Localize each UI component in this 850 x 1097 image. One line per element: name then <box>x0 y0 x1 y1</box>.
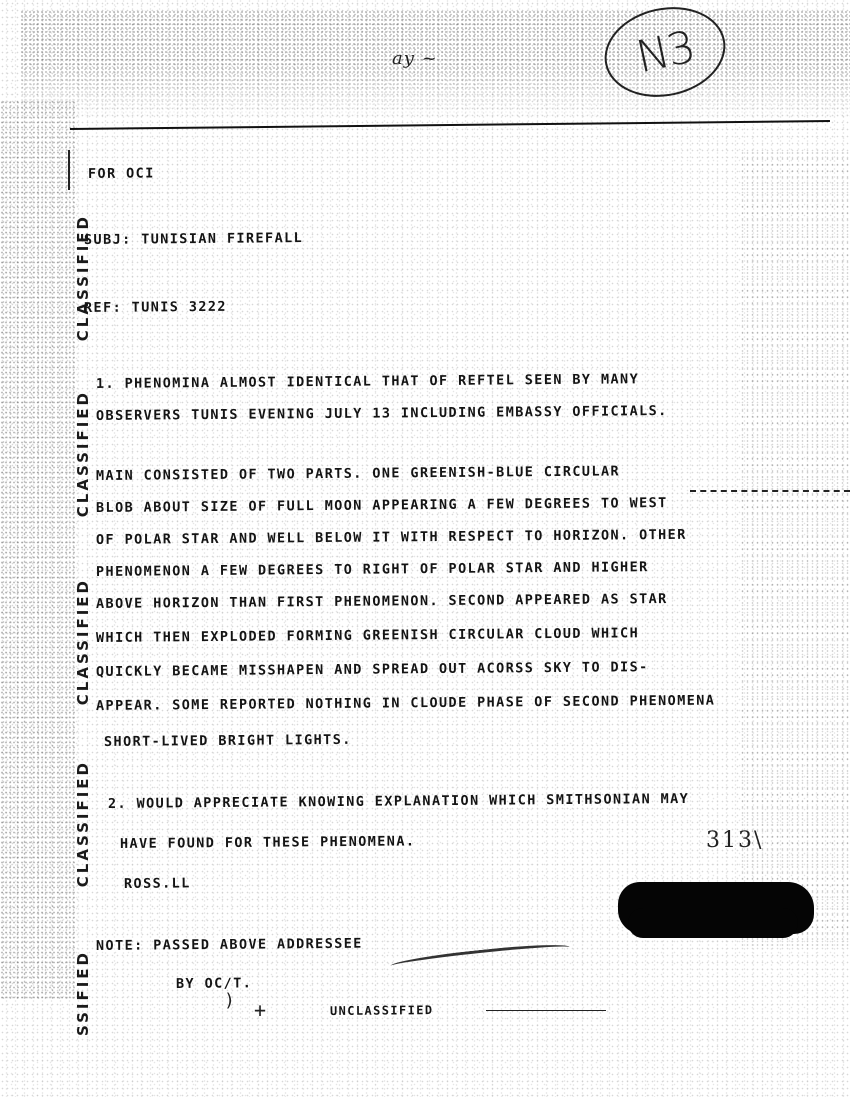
footer-rule <box>486 1010 606 1011</box>
signature: ROSS.LL <box>124 875 191 892</box>
handwritten-number: 313\ <box>706 828 763 853</box>
para2-line: HAVE FOUND FOR THESE PHENOMENA. <box>120 833 415 852</box>
margin-stamp-ssified: SSIFIED <box>74 950 92 1036</box>
para1-line: PHENOMENON A FEW DEGREES TO RIGHT OF POL… <box>96 559 649 580</box>
para2-line: 2. WOULD APPRECIATE KNOWING EXPLANATION … <box>108 791 689 812</box>
para1-line: MAIN CONSISTED OF TWO PARTS. ONE GREENIS… <box>96 463 620 484</box>
dashed-mark <box>690 490 850 492</box>
case-number: N3 <box>632 21 698 83</box>
subject-line: SUBJ: TUNISIAN FIREFALL <box>84 230 303 248</box>
redaction-block <box>618 882 814 934</box>
para1-line: QUICKLY BECAME MISSHAPEN AND SPREAD OUT … <box>96 659 649 680</box>
footer-classification: UNCLASSIFIED <box>330 1003 434 1018</box>
para1-line: 1. PHENOMINA ALMOST IDENTICAL THAT OF RE… <box>96 371 639 392</box>
plus-mark: + <box>254 998 266 1022</box>
margin-stamp-classified: CLASSIFIED <box>74 390 92 517</box>
scan-noise-left <box>0 100 75 1000</box>
ink-smudge <box>390 941 570 973</box>
para1-line: APPEAR. SOME REPORTED NOTHING IN CLOUDE … <box>96 693 715 714</box>
form-bracket <box>68 150 70 190</box>
note-line: BY OC/T. <box>176 975 252 992</box>
routing-line: FOR OCI <box>88 165 155 182</box>
case-number-circle: N3 <box>596 0 734 108</box>
para1-line: WHICH THEN EXPLODED FORMING GREENISH CIR… <box>96 625 639 646</box>
para1-line: ABOVE HORIZON THAN FIRST PHENOMENON. SEC… <box>96 591 668 612</box>
para1-line: SHORT-LIVED BRIGHT LIGHTS. <box>104 732 352 750</box>
pen-mark: ) <box>224 990 235 1011</box>
reference-line: REF: TUNIS 3222 <box>84 299 227 316</box>
note-line: NOTE: PASSED ABOVE ADDRESSEE <box>96 936 363 954</box>
para1-line: BLOB ABOUT SIZE OF FULL MOON APPEARING A… <box>96 495 668 516</box>
header-scribble: ay ~ <box>392 48 438 69</box>
header-rule <box>70 120 830 130</box>
margin-stamp-classified: CLASSIFIED <box>74 578 92 705</box>
para1-line: OBSERVERS TUNIS EVENING JULY 13 INCLUDIN… <box>96 403 668 424</box>
margin-stamp-classified: CLASSIFIED <box>74 760 92 887</box>
para1-line: OF POLAR STAR AND WELL BELOW IT WITH RES… <box>96 527 687 548</box>
